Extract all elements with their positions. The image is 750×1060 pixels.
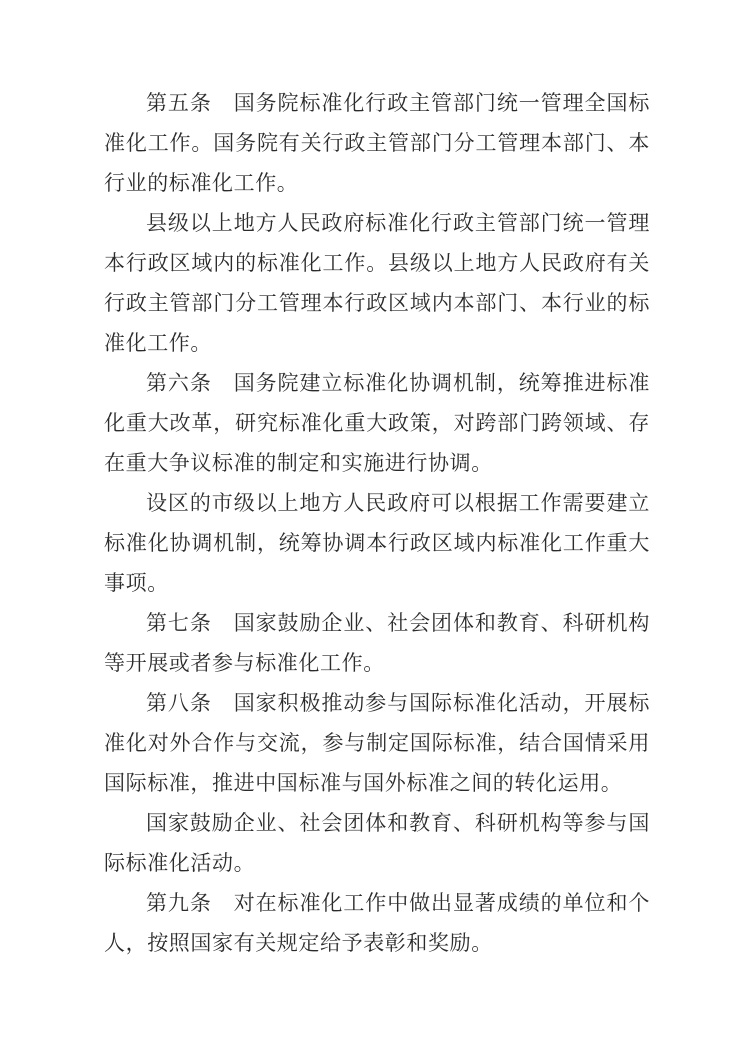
article-6-paragraph-2: 设区的市级以上地方人民政府可以根据工作需要建立标准化协调机制，统筹协调本行政区域… (104, 483, 650, 603)
article-8-paragraph-2: 国家鼓励企业、社会团体和教育、科研机构等参与国际标准化活动。 (104, 803, 650, 883)
article-5-paragraph-2: 县级以上地方人民政府标准化行政主管部门统一管理本行政区域内的标准化工作。县级以上… (104, 203, 650, 363)
article-7-paragraph-1: 第七条 国家鼓励企业、社会团体和教育、科研机构等开展或者参与标准化工作。 (104, 603, 650, 683)
article-8-paragraph-1: 第八条 国家积极推动参与国际标准化活动，开展标准化对外合作与交流，参与制定国际标… (104, 683, 650, 803)
document-page: 第五条 国务院标准化行政主管部门统一管理全国标准化工作。国务院有关行政主管部门分… (0, 0, 750, 1060)
article-6-paragraph-1: 第六条 国务院建立标准化协调机制，统筹推进标准化重大改革，研究标准化重大政策，对… (104, 363, 650, 483)
document-body: 第五条 国务院标准化行政主管部门统一管理全国标准化工作。国务院有关行政主管部门分… (104, 83, 650, 963)
article-9-paragraph-1: 第九条 对在标准化工作中做出显著成绩的单位和个人，按照国家有关规定给予表彰和奖励… (104, 883, 650, 963)
article-5-paragraph-1: 第五条 国务院标准化行政主管部门统一管理全国标准化工作。国务院有关行政主管部门分… (104, 83, 650, 203)
